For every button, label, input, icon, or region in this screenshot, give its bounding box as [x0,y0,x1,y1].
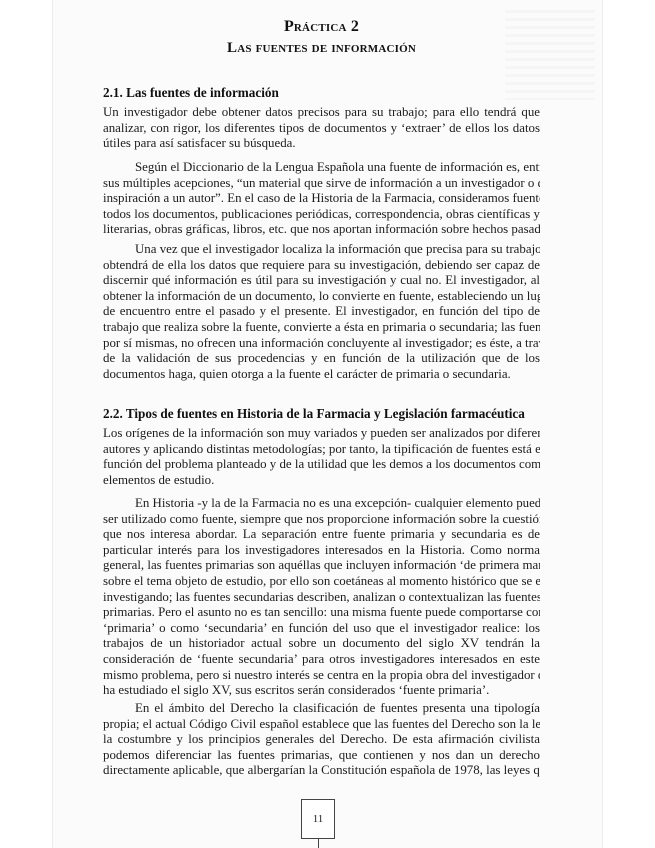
page-number-tick [318,838,319,848]
text-line: Según el Diccionario de la Lengua Españo… [103,160,540,176]
section-heading-2-1: 2.1. Las fuentes de información [103,85,279,101]
text-line: trabajos de un historiador actual sobre … [103,636,540,652]
text-line: obtendrá de ella los datos que requiere … [103,258,540,274]
text-line: útiles para así satisfacer su búsqueda. [103,136,540,152]
text-line: sobre el tema objeto de estudio, por ell… [103,574,540,590]
text-line: inspiración a un autor”. En el caso de l… [103,191,540,207]
text-line: Un investigador debe obtener datos preci… [103,105,540,121]
text-line: trabajo que realiza sobre la fuente, con… [103,320,540,336]
text-line: de encuentro entre el pasado y el presen… [103,304,540,320]
text-line: consideración de ‘fuente secundaria’ par… [103,652,540,668]
text-line: propia; el actual Código Civil español e… [103,717,540,733]
text-line: Una vez que el investigador localiza la … [103,242,540,258]
text-line: obtener la información de un documento, … [103,289,540,305]
text-line: En Historia -y la de la Farmacia no es u… [103,496,540,512]
text-line: Los orígenes de la información son muy v… [103,426,540,442]
paragraph: En el ámbito del Derecho la clasificació… [103,701,540,779]
section-heading-2-2: 2.2. Tipos de fuentes en Historia de la … [103,406,525,422]
text-line: general, las fuentes primarias son aquél… [103,558,540,574]
text-line: elementos de estudio. [103,473,540,489]
text-line: En el ámbito del Derecho la clasificació… [103,701,540,717]
text-line: investigando; las fuentes secundarias de… [103,590,540,606]
text-line: la costumbre y los principios generales … [103,732,540,748]
text-line: primarias. Pero el asunto no es tan senc… [103,605,540,621]
text-line: literarias, obras gráficas, libros, etc.… [103,222,540,238]
paragraph: Un investigador debe obtener datos preci… [103,105,540,152]
paragraph: Una vez que el investigador localiza la … [103,242,540,382]
text-line: analizar, con rigor, los diferentes tipo… [103,121,540,137]
chapter-number: Práctica 2 [103,18,540,36]
text-line: ‘primaria’ o como ‘secundaria’ en funció… [103,621,540,637]
text-line: podemos diferenciar las fuentes primaria… [103,748,540,764]
text-line: sus múltiples acepciones, “un material q… [103,176,540,192]
text-line: mismo problema, pero si nuestro interés … [103,668,540,684]
page-number: 11 [301,799,335,839]
text-line: ser utilizado como fuente, siempre que n… [103,512,540,528]
paragraph: Los orígenes de la información son muy v… [103,426,540,488]
text-line: todos los documentos, publicaciones peri… [103,207,540,223]
text-line: directamente aplicable, que albergarían … [103,763,540,779]
text-line: autores y aplicando distintas metodologí… [103,442,540,458]
text-line: discernir qué información es útil para s… [103,273,540,289]
text-line: función del problema planteado y de la u… [103,457,540,473]
text-line: de la validación de sus procedencias y e… [103,351,540,367]
text-line: que nos interesa abordar. La separación … [103,527,540,543]
paragraph: Según el Diccionario de la Lengua Españo… [103,160,540,238]
text-line: por sí mismas, no ofrecen una informació… [103,336,540,352]
text-line: ha estudiado el siglo XV, sus escritos s… [103,683,540,699]
text-line: particular interés para los investigador… [103,543,540,559]
paragraph: En Historia -y la de la Farmacia no es u… [103,496,540,699]
chapter-title: Las fuentes de información [103,40,540,57]
text-line: documentos haga, quien otorga a la fuent… [103,367,540,383]
